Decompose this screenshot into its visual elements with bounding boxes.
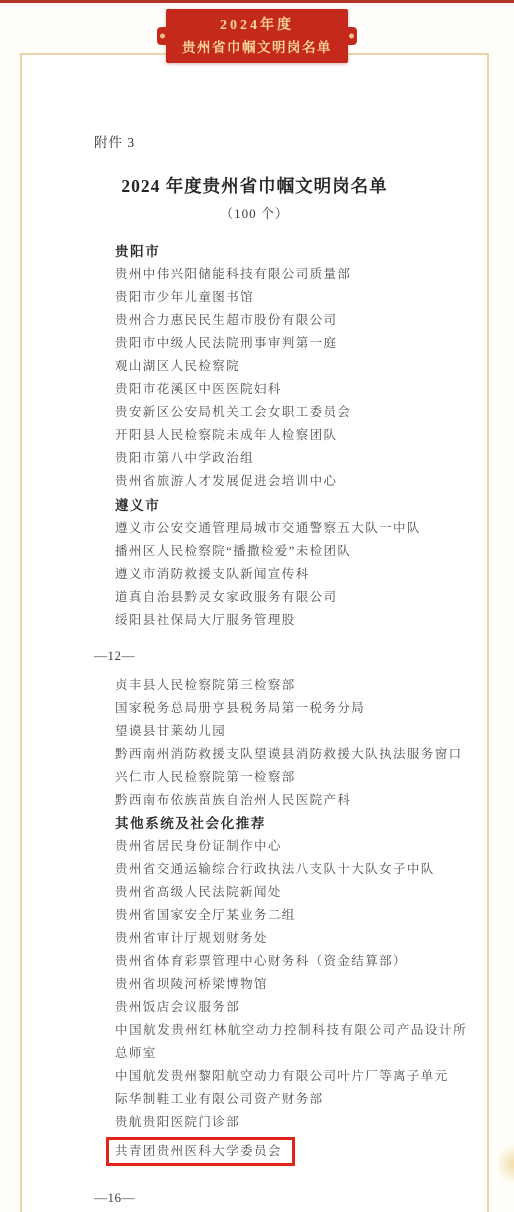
list-item: 中国航发贵州红林航空动力控制科技有限公司产品设计所总师室 — [115, 1019, 467, 1065]
list-item: 贵州省体育彩票管理中心财务科（资金结算部） — [115, 950, 467, 973]
section-guiyang: 贵阳市 贵州中伟兴阳储能科技有限公司质量部贵阳市少年儿童图书馆贵州合力惠民民生超… — [115, 240, 467, 493]
list-item: 观山湖区人民检察院 — [115, 355, 467, 378]
list-item: 贵州省审计厅规划财务处 — [115, 927, 467, 950]
page-number-16: —16— — [94, 1188, 467, 1208]
top-divider-line — [0, 0, 514, 3]
title-banner: 2024年度 贵州省巾帼文明岗名单 — [166, 9, 348, 63]
list-item: 贵州省旅游人才发展促进会培训中心 — [115, 470, 467, 493]
section-header-zunyi: 遵义市 — [115, 494, 467, 517]
list-item: 遵义市消防救援支队新闻宣传科 — [115, 563, 467, 586]
section-zunyi: 遵义市 遵义市公安交通管理局城市交通警察五大队一中队播州区人民检察院“播撒检爱”… — [115, 494, 467, 632]
guiyang-item-list: 贵州中伟兴阳储能科技有限公司质量部贵阳市少年儿童图书馆贵州合力惠民民生超市股份有… — [115, 263, 467, 493]
list-item: 贵州饭店会议服务部 — [115, 996, 467, 1019]
list-item: 黔西南州消防救援支队望谟县消防救援大队执法服务窗口 — [115, 743, 467, 766]
list-item: 贵阳市第八中学政治组 — [115, 447, 467, 470]
section-header-guiyang: 贵阳市 — [115, 240, 467, 263]
list-item: 道真自治县黔灵女家政服务有限公司 — [115, 586, 467, 609]
banner-right-dot-icon — [349, 34, 354, 39]
zunyi-item-list: 遵义市公安交通管理局城市交通警察五大队一中队播州区人民检察院“播撒检爱”未检团队… — [115, 517, 467, 632]
list-item: 黔西南布依族苗族自治州人民医院产科 — [115, 789, 467, 812]
document-title: 2024 年度贵州省巾帼文明岗名单 — [42, 173, 467, 199]
list-item: 兴仁市人民检察院第一检察部 — [115, 766, 467, 789]
list-item: 贵州中伟兴阳储能科技有限公司质量部 — [115, 263, 467, 286]
other-systems-item-list: 贵州省居民身份证制作中心贵州省交通运输综合行政执法八支队十大队女子中队贵州省高级… — [115, 835, 467, 1134]
watermark-fragment — [498, 1141, 514, 1187]
banner-right-tab — [342, 27, 357, 45]
page2-content: 贞丰县人民检察院第三检察部国家税务总局册亨县税务局第一税务分局望谟县甘莱幼儿园黔… — [115, 674, 467, 1166]
list-item: 贵州省国家安全厅某业务二组 — [115, 904, 467, 927]
section-header-other-systems: 其他系统及社会化推荐 — [115, 812, 467, 835]
section-other-systems: 其他系统及社会化推荐 贵州省居民身份证制作中心贵州省交通运输综合行政执法八支队十… — [115, 812, 467, 1134]
list-item: 贵航贵阳医院门诊部 — [115, 1111, 467, 1134]
list-item: 贵州省坝陵河桥梁博物馆 — [115, 973, 467, 996]
list-item: 贵阳市少年儿童图书馆 — [115, 286, 467, 309]
highlighted-row: 共青团贵州医科大学委员会 — [115, 1137, 467, 1166]
banner-title-text: 贵州省巾帼文明岗名单 — [182, 36, 332, 56]
banner-left-dot-icon — [160, 34, 165, 39]
continuation-item-list: 贞丰县人民检察院第三检察部国家税务总局册亨县税务局第一税务分局望谟县甘莱幼儿园黔… — [115, 674, 467, 812]
attachment-label: 附件 3 — [94, 133, 467, 153]
list-item: 国家税务总局册亨县税务局第一税务分局 — [115, 697, 467, 720]
list-item: 开阳县人民检察院未成年人检察团队 — [115, 424, 467, 447]
list-item: 贵州省居民身份证制作中心 — [115, 835, 467, 858]
list-item: 贵阳市中级人民法院刑事审判第一庭 — [115, 332, 467, 355]
banner-year-text: 2024年度 — [182, 14, 332, 34]
document-subtitle: （100 个） — [42, 204, 467, 224]
highlighted-item: 共青团贵州医科大学委员会 — [106, 1137, 295, 1166]
document-page: 附件 3 2024 年度贵州省巾帼文明岗名单 （100 个） 贵阳市 贵州中伟兴… — [20, 53, 489, 1212]
list-item: 贵州省交通运输综合行政执法八支队十大队女子中队 — [115, 858, 467, 881]
list-item: 望谟县甘莱幼儿园 — [115, 720, 467, 743]
list-item: 贵州合力惠民民生超市股份有限公司 — [115, 309, 467, 332]
list-item: 绥阳县社保局大厅服务管理股 — [115, 609, 467, 632]
page-number-12: —12— — [94, 646, 467, 666]
page1-content: 贵阳市 贵州中伟兴阳储能科技有限公司质量部贵阳市少年儿童图书馆贵州合力惠民民生超… — [115, 240, 467, 632]
list-item: 贵阳市花溪区中医医院妇科 — [115, 378, 467, 401]
list-item: 贞丰县人民检察院第三检察部 — [115, 674, 467, 697]
list-item: 中国航发贵州黎阳航空动力有限公司叶片厂等离子单元 — [115, 1065, 467, 1088]
list-item: 遵义市公安交通管理局城市交通警察五大队一中队 — [115, 517, 467, 540]
list-item: 贵州省高级人民法院新闻处 — [115, 881, 467, 904]
banner-left-tab — [157, 27, 172, 45]
list-item: 贵安新区公安局机关工会女职工委员会 — [115, 401, 467, 424]
list-item: 际华制鞋工业有限公司资产财务部 — [115, 1088, 467, 1111]
list-item: 播州区人民检察院“播撒检爱”未检团队 — [115, 540, 467, 563]
